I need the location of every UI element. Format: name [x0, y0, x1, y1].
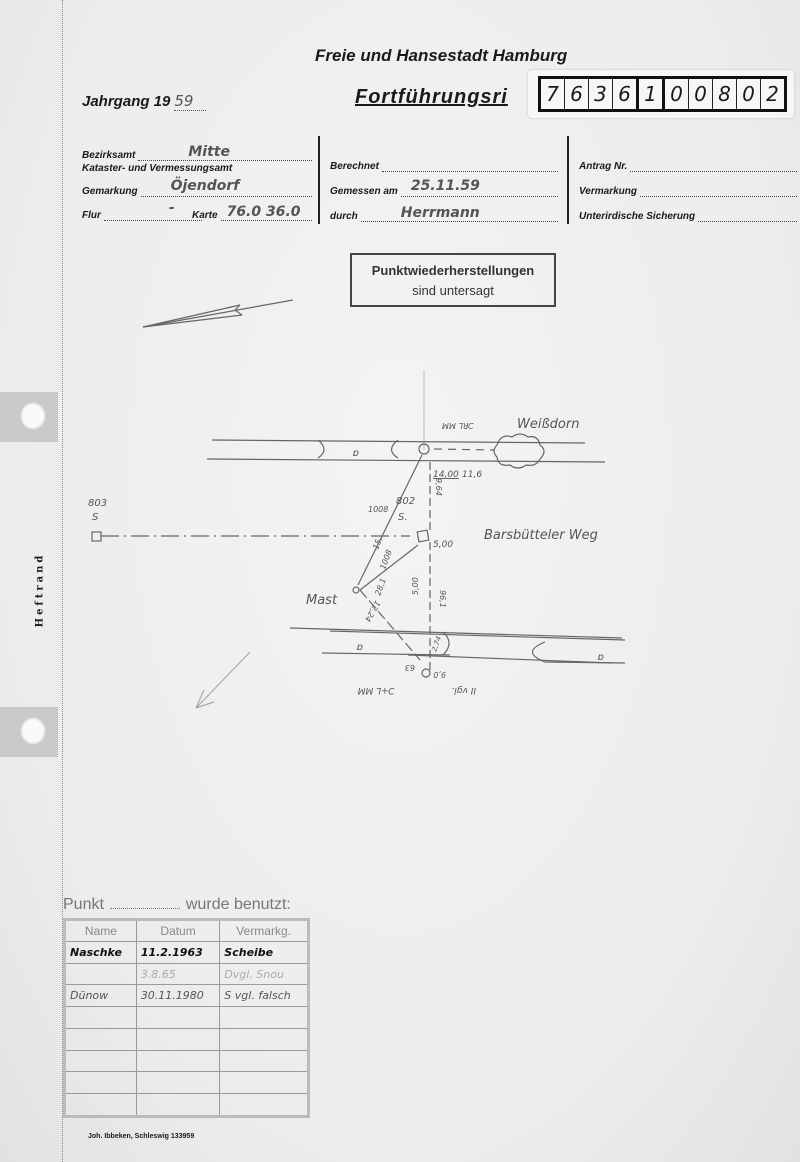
svg-text:1008: 1008 — [368, 505, 388, 514]
table-cell — [220, 1072, 309, 1094]
svg-text:803: 803 — [88, 498, 107, 509]
table-cell — [65, 1007, 137, 1029]
table-row — [65, 1028, 309, 1050]
table-row — [65, 1007, 309, 1029]
table-cell: 11.2.1963 — [136, 942, 219, 964]
column-header: Datum — [136, 920, 219, 942]
table-cell — [136, 1072, 219, 1094]
table-cell — [65, 1072, 137, 1094]
svg-text:Barsbütteler Weg: Barsbütteler Weg — [484, 528, 598, 543]
svg-text:5,00: 5,00 — [411, 577, 420, 595]
survey-marker-icon — [417, 530, 429, 542]
table-cell — [220, 1028, 309, 1050]
table-row — [65, 1094, 309, 1117]
shrub-icon — [494, 434, 544, 468]
table-cell — [220, 1050, 309, 1072]
svg-text:9,64: 9,64 — [434, 478, 443, 496]
mast-icon — [353, 587, 359, 593]
svg-text:12,24: 12,24 — [363, 599, 382, 623]
svg-text:63: 63 — [405, 663, 415, 672]
usage-table: NameDatumVermarkg. Naschke11.2.1963Schei… — [63, 918, 310, 1118]
svg-text:1008: 1008 — [378, 548, 393, 570]
svg-text:II vgl.: II vgl. — [451, 685, 476, 695]
survey-sketch: Weißdorn Barsbütteler Weg Mast 803 S 802… — [0, 0, 800, 760]
north-arrow-icon — [143, 300, 293, 327]
table-row: Naschke11.2.1963Scheibe — [65, 942, 309, 964]
svg-text:2,74: 2,74 — [430, 635, 443, 652]
table-row — [65, 1050, 309, 1072]
table-cell — [136, 1007, 219, 1029]
table-row: 3.8.65Dvgl. Snou — [65, 963, 309, 985]
table-cell: Naschke — [65, 942, 137, 964]
svg-text:ɒ: ɒ — [598, 652, 604, 663]
svg-text:9,0: 9,0 — [433, 670, 446, 679]
table-row: Dünow30.11.1980S vgl. falsch — [65, 985, 309, 1007]
column-header: Vermarkg. — [220, 920, 309, 942]
svg-text:96,1: 96,1 — [438, 590, 447, 608]
svg-text:15,: 15, — [371, 536, 384, 551]
svg-text:28,1: 28,1 — [373, 577, 388, 597]
svg-text:ϽRL MM: ϽRL MM — [442, 421, 474, 430]
table-row — [65, 1072, 309, 1094]
table-cell — [136, 1050, 219, 1072]
table-cell: 3.8.65 — [136, 963, 219, 985]
table-cell: Dünow — [65, 985, 137, 1007]
table-cell: Dvgl. Snou — [220, 963, 309, 985]
table-cell — [65, 1028, 137, 1050]
table-cell — [65, 1094, 137, 1117]
table-cell — [65, 963, 137, 985]
svg-text:Weißdorn: Weißdorn — [517, 417, 579, 432]
usage-table-title: Punktwurde benutzt: — [63, 896, 291, 914]
table-cell: S vgl. falsch — [220, 985, 309, 1007]
svg-text:S.: S. — [398, 512, 408, 523]
svg-text:S: S — [92, 512, 99, 523]
table-cell — [220, 1094, 309, 1117]
table-cell — [136, 1094, 219, 1117]
svg-text:5,00: 5,00 — [433, 540, 453, 550]
svg-text:ɒ: ɒ — [353, 448, 359, 459]
svg-text:802: 802 — [396, 496, 415, 507]
svg-text:11,6: 11,6 — [462, 470, 482, 480]
table-cell: Scheibe — [220, 942, 309, 964]
table-cell — [65, 1050, 137, 1072]
table-cell: 30.11.1980 — [136, 985, 219, 1007]
svg-text:Mast: Mast — [306, 593, 338, 608]
table-cell — [136, 1028, 219, 1050]
svg-text:Ͻ+L MM: Ͻ+L MM — [357, 685, 395, 695]
table-cell — [220, 1007, 309, 1029]
column-header: Name — [65, 920, 137, 942]
survey-marker-icon — [92, 532, 101, 541]
printer-imprint: Joh. Ibbeken, Schleswig 133959 — [88, 1133, 194, 1140]
svg-text:ɒ: ɒ — [357, 642, 363, 653]
